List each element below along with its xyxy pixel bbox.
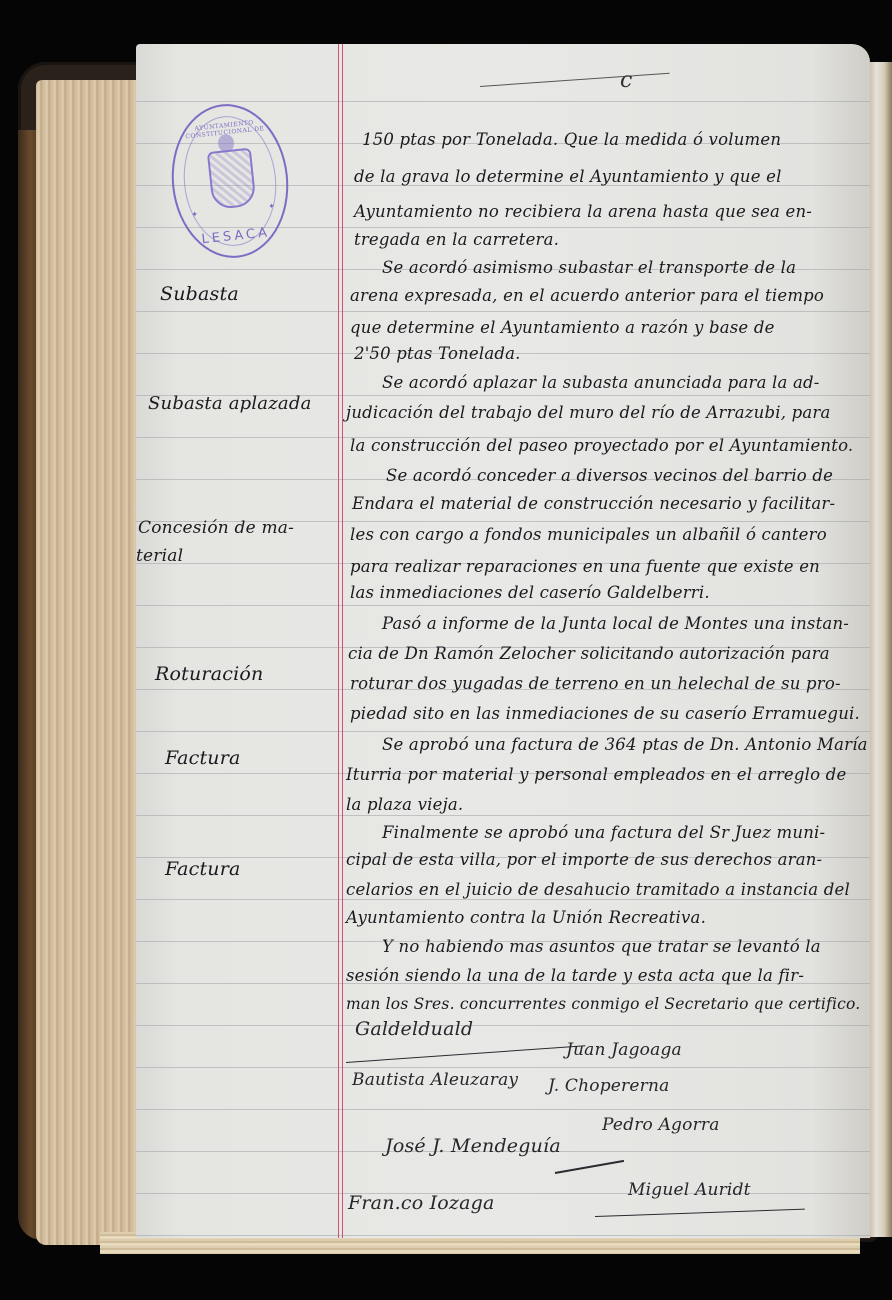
signature: Miguel Auridt [628,1180,751,1200]
signature: José J. Mendeguía [385,1135,561,1157]
body-line: 150 ptas por Tonelada. Que la medida ó v… [362,130,781,149]
body-line: Pasó a informe de la Junta local de Mont… [382,614,849,633]
stamp-star-icon: ✦ [191,210,199,220]
body-line: man los Sres. concurrentes conmigo el Se… [346,995,860,1013]
body-line: piedad sito en las inmediaciones de su c… [350,704,860,723]
signature: Pedro Agorra [602,1115,720,1135]
body-line: judicación del trabajo del muro del río … [346,403,831,422]
margin-note: Concesión de ma- [138,518,294,538]
margin-rule-1 [338,44,339,1238]
margin-note: Roturación [155,663,263,685]
page-stack-left [36,80,136,1245]
body-line: las inmediaciones del caserío Galdelberr… [350,583,710,602]
body-line: Finalmente se aprobó una factura del Sr … [382,823,825,842]
margin-note: Subasta aplazada [148,393,312,414]
body-line: Se acordó aplazar la subasta anunciada p… [382,373,820,392]
body-line: les con cargo a fondos municipales un al… [350,525,827,544]
body-line: Iturria por material y personal empleado… [346,765,846,784]
signature: Galdelduald [355,1018,473,1040]
body-line: Se acordó asimismo subastar el transport… [382,258,796,277]
body-line: cipal de esta villa, por el importe de s… [346,850,822,869]
body-line: roturar dos yugadas de terreno en un hel… [350,674,841,693]
body-line: Se acordó conceder a diversos vecinos de… [386,466,833,485]
margin-note: terial [136,546,183,566]
signature: J. Chopererna [548,1076,669,1096]
body-line: que determine el Ayuntamiento a razón y … [350,318,775,337]
body-line: para realizar reparaciones en una fuente… [350,557,820,576]
body-line: de la grava lo determine el Ayuntamiento… [354,167,782,186]
body-line: Se aprobó una factura de 364 ptas de Dn.… [382,735,868,754]
body-line: tregada en la carretera. [354,230,559,249]
margin-note: Factura [165,858,241,880]
margin-note: Factura [165,747,241,769]
signature: Bautista Aleuzaray [352,1070,518,1090]
body-line: la construcción del paseo proyectado por… [350,436,853,455]
body-line: cia de Dn Ramón Zelocher solicitando aut… [348,644,830,663]
body-line: Ayuntamiento no recibiera la arena hasta… [354,202,812,221]
body-line: Ayuntamiento contra la Unión Recreativa. [346,908,706,927]
body-line: la plaza vieja. [346,795,463,814]
body-line: Endara el material de construcción neces… [352,494,835,513]
margin-note: Subasta [160,283,239,305]
stamp-coat-of-arms-icon [207,148,257,210]
header-mark: c [620,68,632,93]
margin-rule-2 [342,44,343,1238]
body-line: 2'50 ptas Tonelada. [354,344,521,363]
body-line: arena expresada, en el acuerdo anterior … [350,286,824,305]
body-line: Y no habiendo mas asuntos que tratar se … [382,937,821,956]
body-line: celarios en el juicio de desahucio trami… [346,880,850,899]
signature: Fran.co Iozaga [348,1192,495,1214]
signature: Juan Jagoaga [566,1040,682,1060]
stamp-star-icon: ✦ [268,201,276,211]
body-line: sesión siendo la una de la tarde y esta … [346,966,804,985]
